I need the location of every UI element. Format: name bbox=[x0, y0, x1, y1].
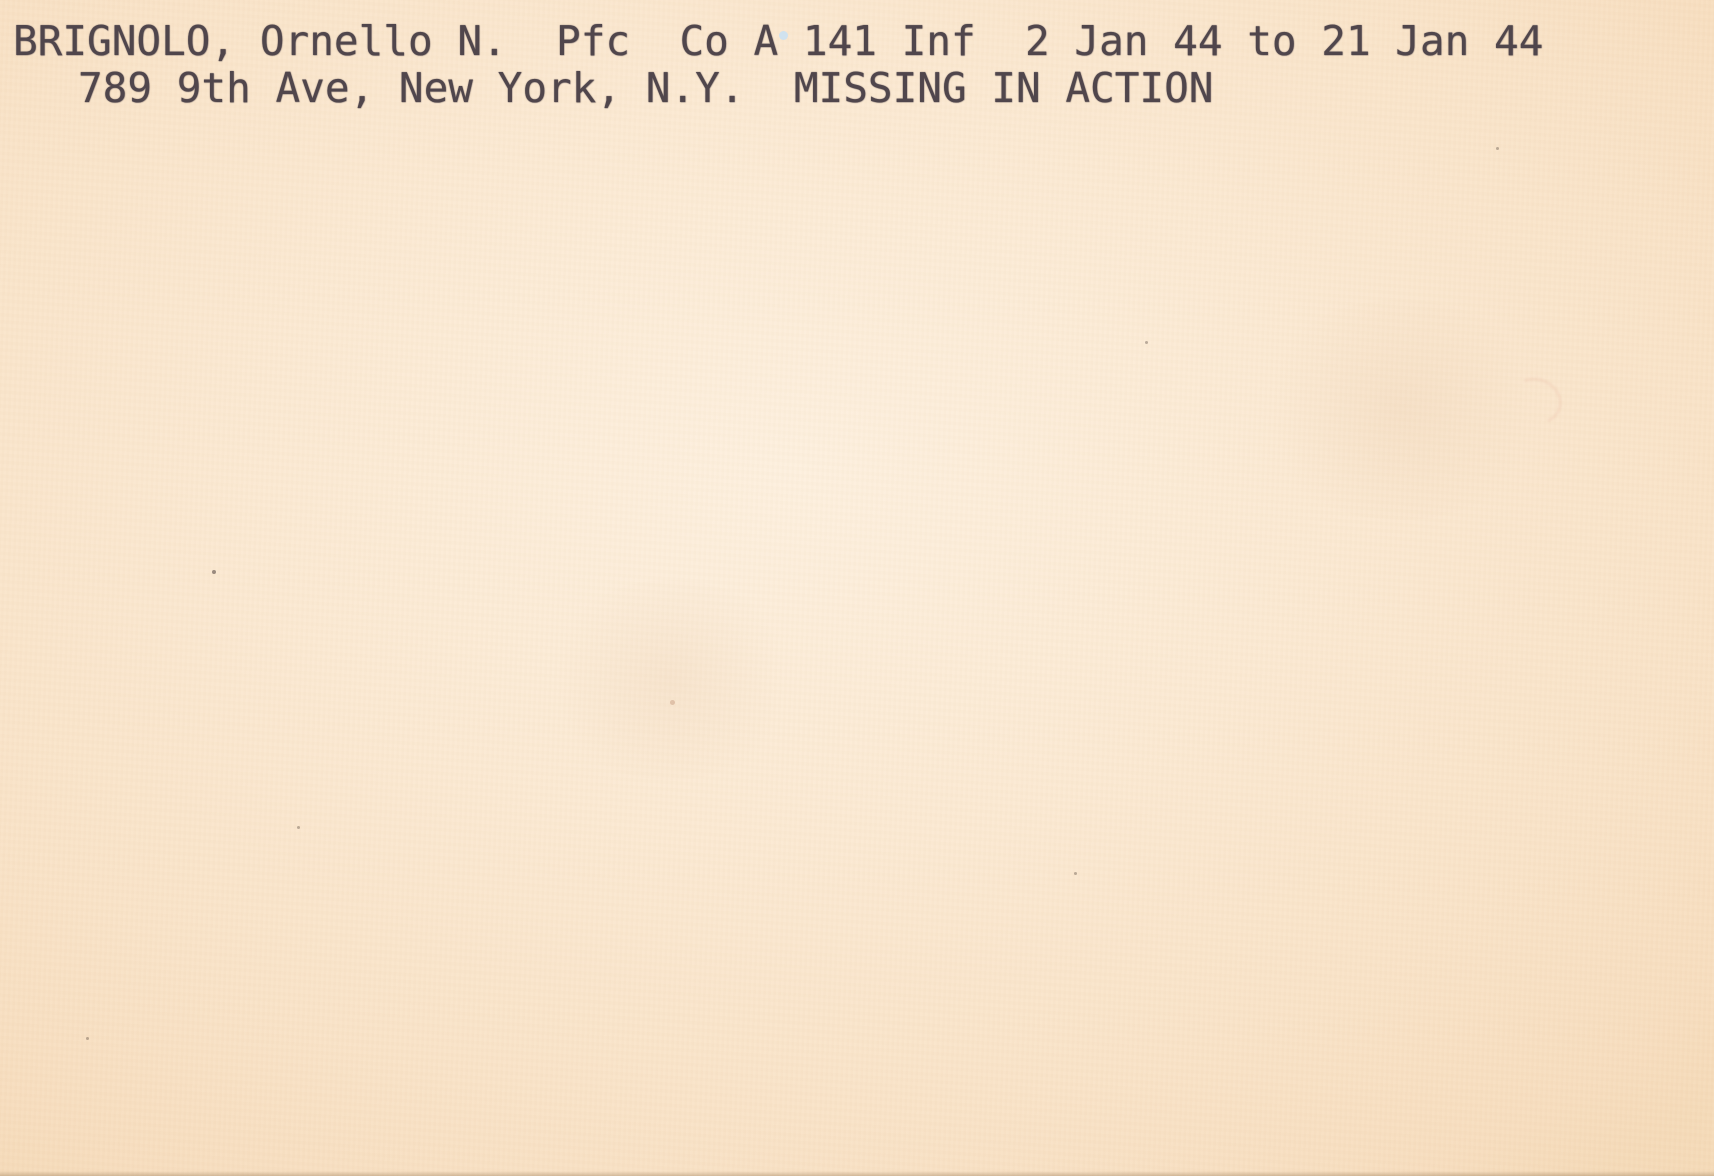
paper-stain bbox=[1250, 300, 1550, 520]
index-card: BRIGNOLO, Ornello N. Pfc Co A 141 Inf 2 … bbox=[0, 0, 1714, 1176]
paper-speck bbox=[212, 570, 216, 574]
paper-speck bbox=[297, 826, 300, 829]
scan-edge-shadow bbox=[0, 1171, 1714, 1176]
record-line-address-status: 789 9th Ave, New York, N.Y. MISSING IN A… bbox=[78, 64, 1213, 112]
paper-speck bbox=[1145, 341, 1148, 344]
paper-speck bbox=[86, 1037, 89, 1040]
record-line-name-rank-unit-dates: BRIGNOLO, Ornello N. Pfc Co A 141 Inf 2 … bbox=[13, 17, 1543, 65]
paper-speck bbox=[1074, 872, 1077, 875]
paper-speck bbox=[1496, 147, 1499, 150]
paper-stain bbox=[540, 580, 800, 780]
